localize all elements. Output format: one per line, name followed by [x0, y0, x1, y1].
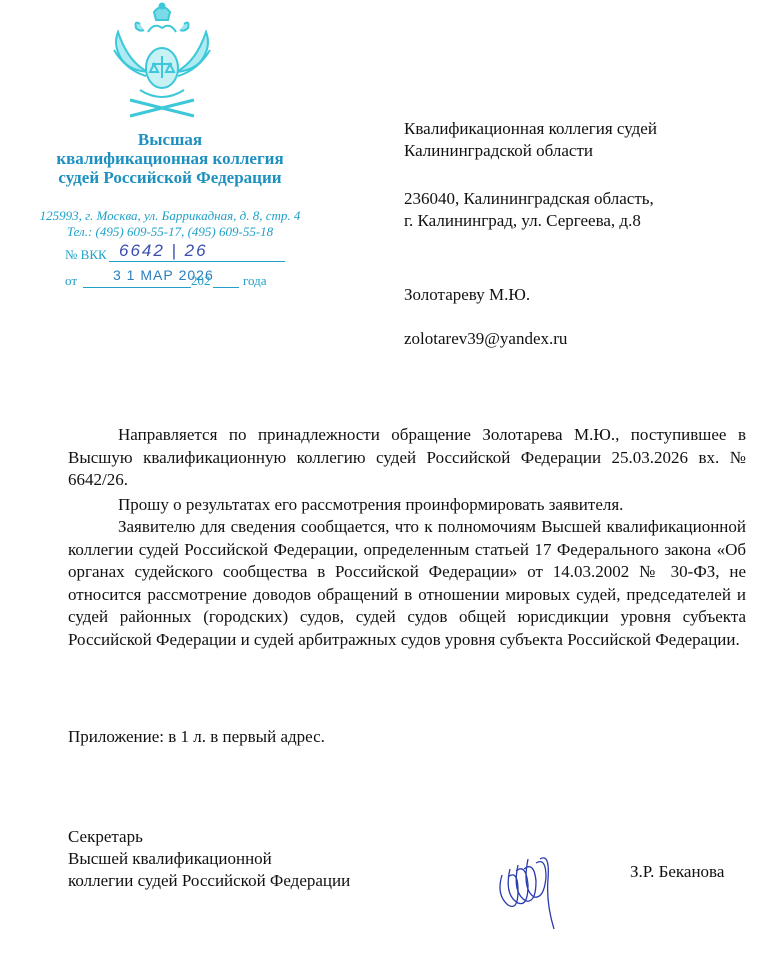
year-prefix: 202 [191, 273, 211, 289]
letterhead-address: 125993, г. Москва, ул. Баррикадная, д. 8… [10, 208, 330, 224]
recipient-email: zolotarev39@yandex.ru [404, 328, 567, 350]
recipient-person: Золотареву М.Ю. [404, 284, 530, 306]
body-paragraph-2: Прошу о результатах его рассмотрения про… [68, 494, 746, 517]
signer-title-line-3: коллегии судей Российской Федерации [68, 870, 350, 892]
attachment-note: Приложение: в 1 л. в первый адрес. [68, 727, 325, 747]
org-name-line-1: Высшая [20, 130, 320, 149]
double-headed-eagle-emblem-icon [110, 2, 214, 122]
signer-title-line-1: Секретарь [68, 826, 350, 848]
letterhead-phones: Тел.: (495) 609-55-17, (495) 609-55-18 [10, 224, 330, 240]
recipient-org-line-2: Калининградской области [404, 140, 657, 162]
reg-no-label: № ВКК [65, 247, 107, 262]
body-paragraph-1: Направляется по принадлежности обращение… [68, 424, 746, 492]
letterhead-org-name: Высшая квалификационная коллегия судей Р… [20, 130, 320, 187]
org-name-line-3: судей Российской Федерации [20, 168, 320, 187]
recipient-address-line-2: г. Калининград, ул. Сергеева, д.8 [404, 210, 654, 232]
recipient-address: 236040, Калининградская область, г. Кали… [404, 188, 654, 232]
reg-no-handwritten: 6642 | 26 [119, 241, 208, 261]
registration-number-line: № ВКК 6642 | 26 [65, 247, 285, 267]
body-paragraph-3: Заявителю для сведения сообщается, что к… [68, 516, 746, 651]
signer-title: Секретарь Высшей квалификационной коллег… [68, 826, 350, 892]
handwritten-signature-icon [490, 845, 565, 935]
recipient-address-line-1: 236040, Калининградская область, [404, 188, 654, 210]
registration-date-line: от 3 1 МАР 2026 202 года [65, 273, 285, 293]
org-name-line-2: квалификационная коллегия [20, 149, 320, 168]
recipient-org: Квалификационная коллегия судей Калининг… [404, 118, 657, 162]
year-suffix: года [243, 273, 267, 289]
date-label: от [65, 273, 77, 288]
recipient-org-line-1: Квалификационная коллегия судей [404, 118, 657, 140]
letterhead-contacts: 125993, г. Москва, ул. Баррикадная, д. 8… [10, 208, 330, 240]
year-underline [213, 273, 239, 288]
signer-name: З.Р. Беканова [630, 862, 724, 882]
letter-body: Направляется по принадлежности обращение… [68, 424, 746, 651]
signer-title-line-2: Высшей квалификационной [68, 848, 350, 870]
